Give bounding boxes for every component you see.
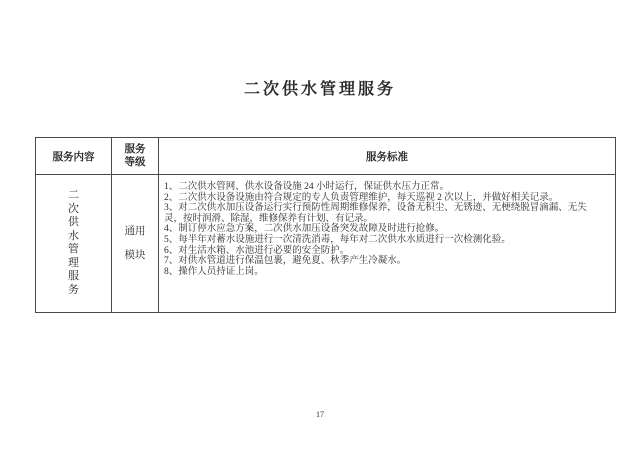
- cell-service-standards: 1、二次供水管网、供水设备设施 24 小时运行，保证供水压力正常。2、二次供水设…: [159, 175, 616, 313]
- service-content-char: 务: [68, 284, 79, 298]
- col-header-service-level-label: 服务等级: [123, 143, 146, 169]
- standard-item: 7、对供水管道进行保温包裹，避免夏、秋季产生冷凝水。: [164, 256, 605, 267]
- cell-service-level: 通用 模块: [112, 175, 159, 313]
- document-page: 二次供水管理服务 服务内容 服务等级 服务标准 二次供水管理服务: [0, 0, 640, 453]
- page-title: 二次供水管理服务: [0, 76, 640, 99]
- table-header-row: 服务内容 服务等级 服务标准: [36, 138, 616, 175]
- col-header-service-standard-label: 服务标准: [366, 152, 408, 163]
- standard-item: 3、对二次供水加压设备运行实行预防性周期维修保养，设备无积尘、无锈迹、无梗绕脱冒…: [164, 203, 605, 224]
- standards-list: 1、二次供水管网、供水设备设施 24 小时运行，保证供水压力正常。2、二次供水设…: [159, 175, 615, 283]
- service-table: 服务内容 服务等级 服务标准 二次供水管理服务 通用 模块: [35, 137, 616, 313]
- service-content-char: 管: [68, 243, 79, 257]
- service-content-vertical-label: 二次供水管理服务: [68, 189, 79, 298]
- service-content-char: 二: [68, 189, 79, 203]
- col-header-service-content: 服务内容: [36, 138, 112, 175]
- service-content-char: 服: [68, 270, 79, 284]
- service-content-char: 理: [68, 257, 79, 271]
- col-header-service-level: 服务等级: [112, 138, 159, 175]
- page-number: 17: [0, 410, 640, 419]
- table-row: 二次供水管理服务 通用 模块 1、二次供水管网、供水设备设施 24 小时运行，保…: [36, 175, 616, 313]
- service-level-line-2: 模块: [112, 244, 158, 268]
- standard-item: 4、制订停水应急方案，二次供水加压设备突发故障及时进行抢修。: [164, 224, 605, 235]
- standard-item: 6、对生活水箱、水池进行必要的安全防护。: [164, 246, 605, 257]
- standard-item: 1、二次供水管网、供水设备设施 24 小时运行，保证供水压力正常。: [164, 182, 605, 193]
- service-level-line-1: 通用: [112, 220, 158, 244]
- cell-service-content: 二次供水管理服务: [36, 175, 112, 313]
- standard-item: 5、每半年对蓄水设施进行一次清洗消毒，每年对二次供水水质进行一次检测化验。: [164, 235, 605, 246]
- col-header-service-content-label: 服务内容: [53, 152, 95, 163]
- standard-item: 8、操作人员持证上岗。: [164, 267, 605, 278]
- service-content-char: 水: [68, 230, 79, 244]
- service-content-char: 供: [68, 216, 79, 230]
- standard-item: 2、二次供水设备设施由符合规定的专人负责管理维护，每天巡视 2 次以上，并做好相…: [164, 193, 605, 204]
- col-header-service-standard: 服务标准: [159, 138, 616, 175]
- service-content-char: 次: [68, 203, 79, 217]
